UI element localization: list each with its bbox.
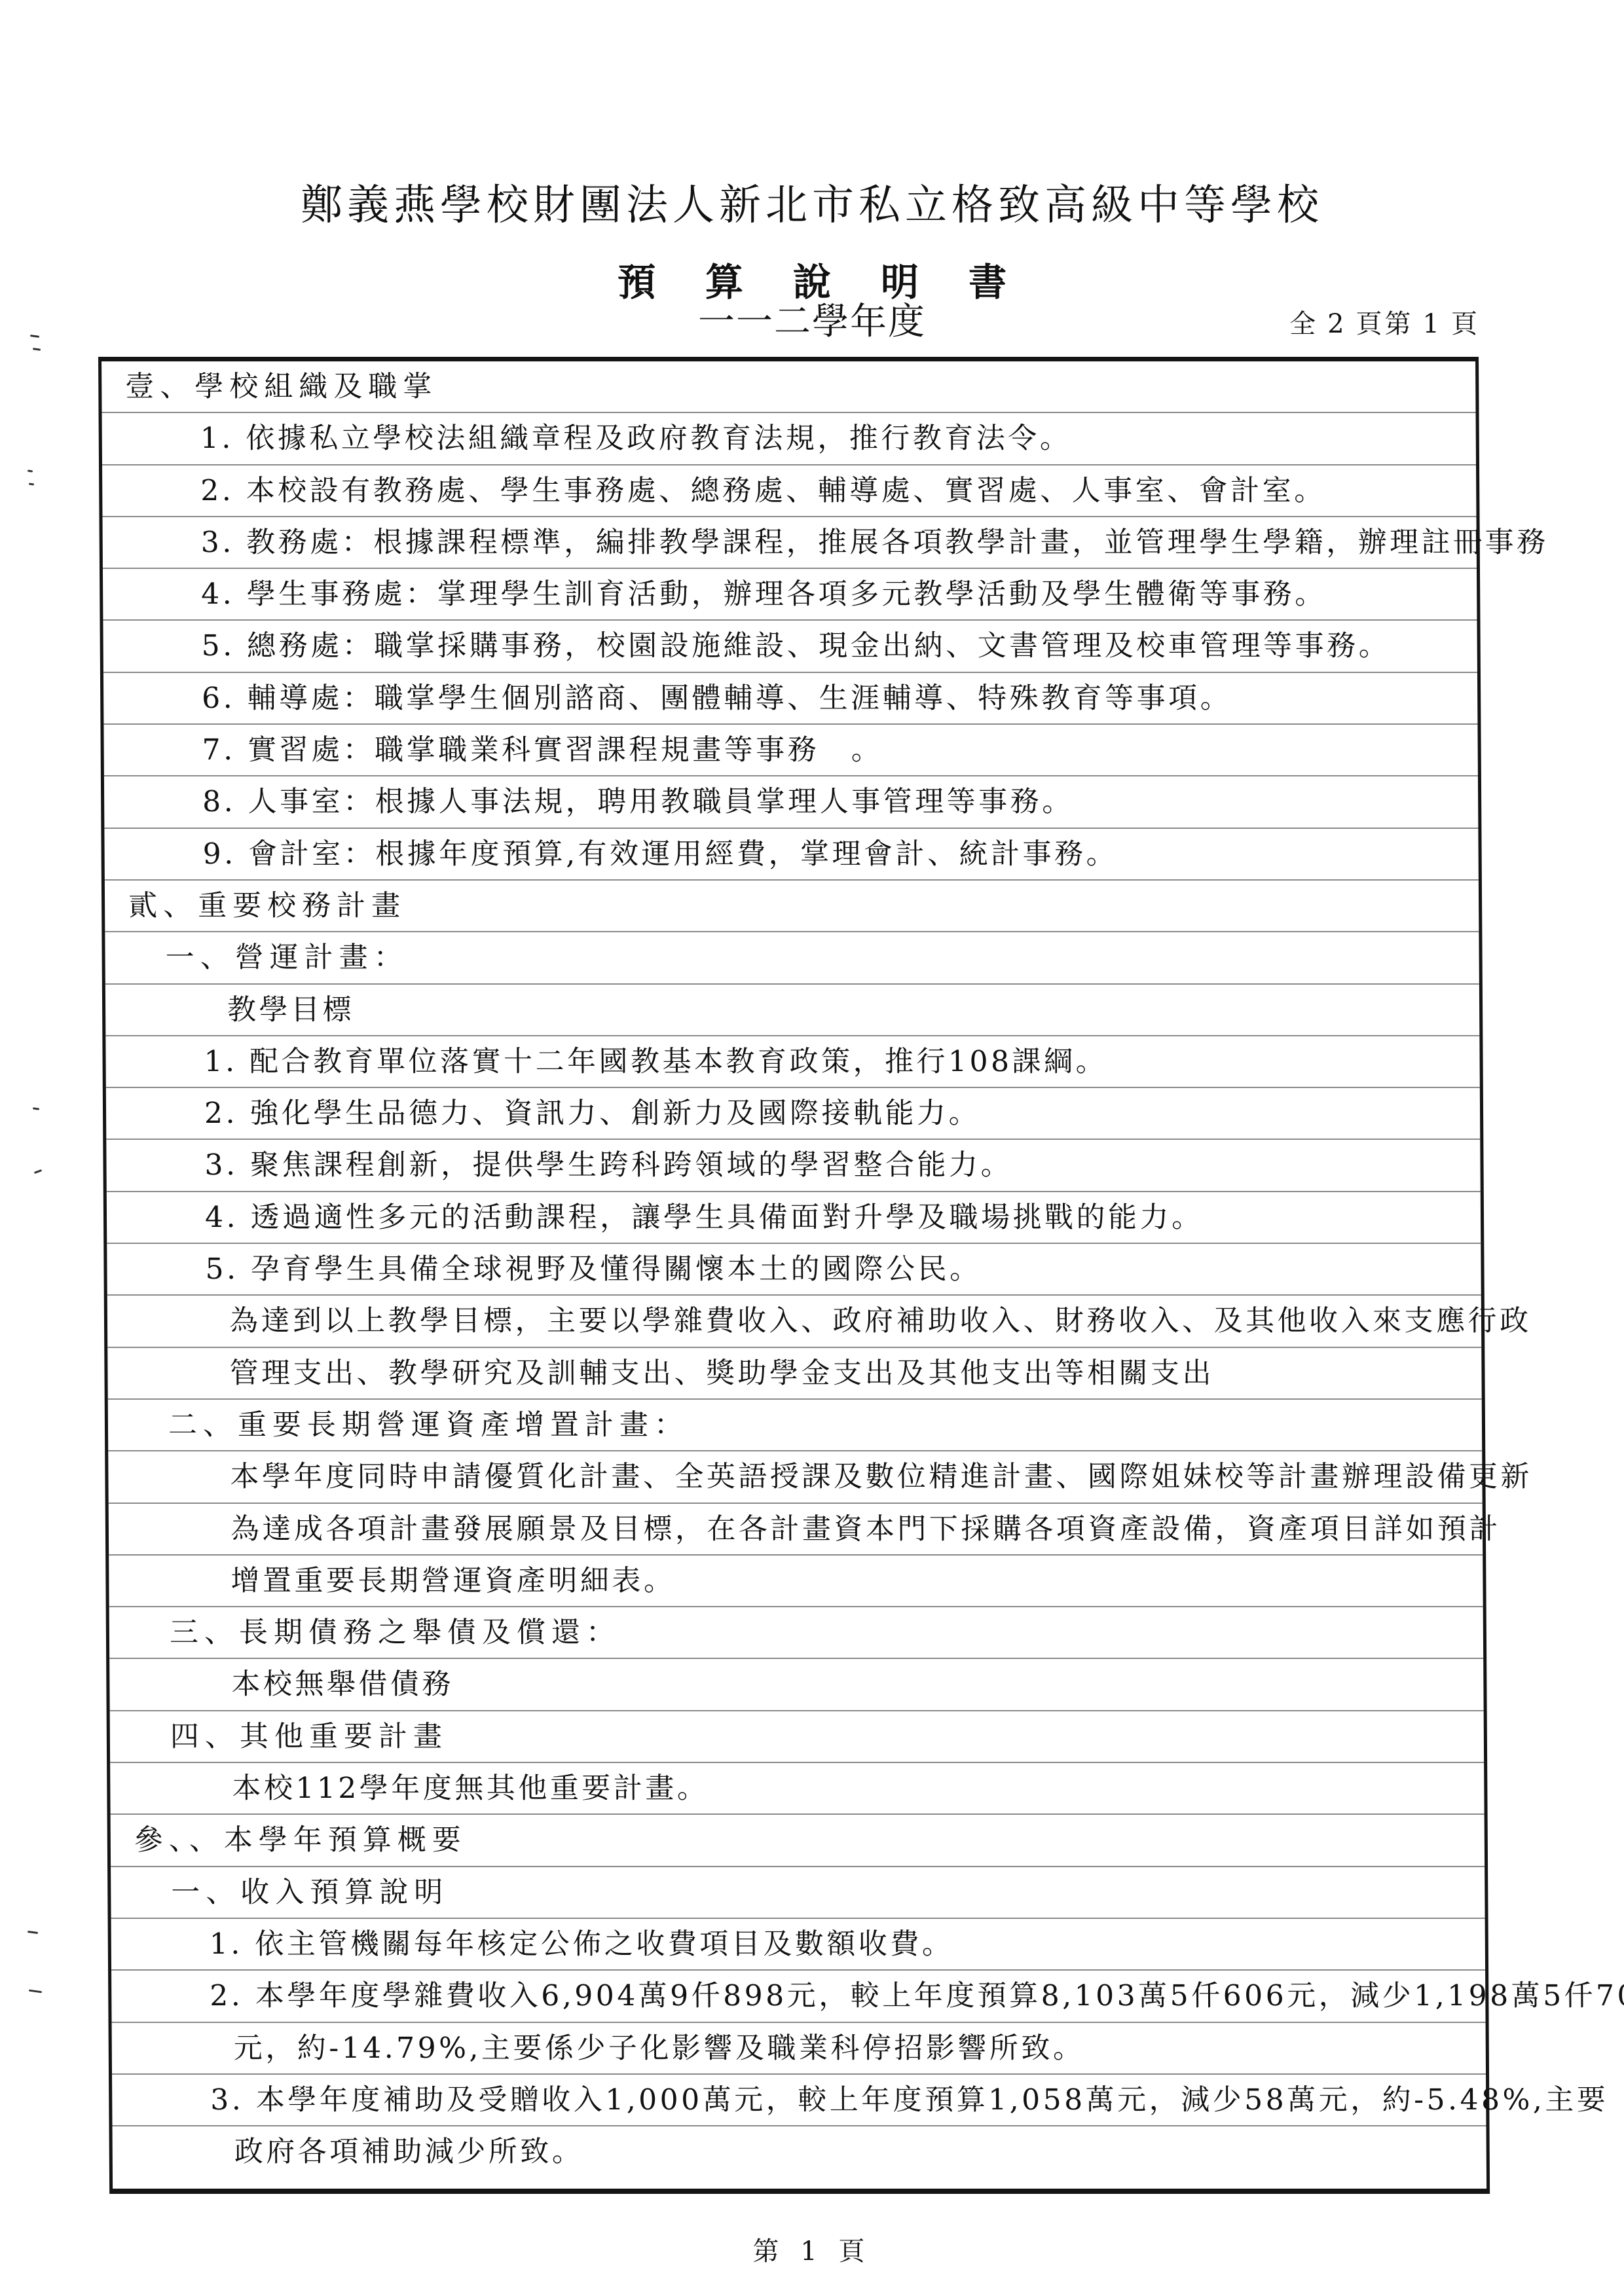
numbered-item: 2. 本學年度學雜費收入6,904萬9仟898元，較上年度預算8,103萬5仟6… (210, 1971, 1624, 2021)
numbered-item: 5. 孕育學生具備全球視野及懂得關懷本土的國際公民。 (205, 1244, 981, 1294)
scan-mark (28, 469, 33, 472)
numbered-item-row: 5. 總務處：職掌採購事務，校園設施維設、現金出納、文書管理及校車管理等事務。 (103, 621, 1477, 672)
numbered-item: 1. 配合教育單位落實十二年國教基本教育政策，推行108課綱。 (204, 1036, 1107, 1087)
numbered-item: 3. 聚焦課程創新，提供學生跨科跨領域的學習整合能力。 (204, 1140, 1012, 1190)
numbered-item-row: 1. 依主管機關每年核定公佈之收費項目及數額收費。 (111, 1919, 1485, 1971)
body-text-row: 教學目標 (105, 985, 1479, 1036)
page-count: 全2頁第1頁 (1289, 308, 1480, 340)
page-count-mid: 頁第 (1356, 308, 1414, 340)
numbered-item: 2. 強化學生品德力、資訊力、創新力及國際接軌能力。 (204, 1088, 980, 1139)
numbered-item: 5. 總務處：職掌採購事務，校園設施維設、現金出納、文書管理及校車管理等事務。 (201, 621, 1390, 671)
subsection-heading-row: 四、其他重要計畫 (110, 1711, 1484, 1763)
scan-mark (29, 483, 34, 485)
body-text: 本校無舉借債務 (231, 1659, 454, 1709)
scan-mark (33, 348, 41, 351)
subsection-heading: 二、重要長期營運資產增置計畫： (168, 1400, 689, 1450)
body-text: 本學年度同時申請優質化計畫、全英語授課及數位精進計畫、國際姐妹校等計畫辦理設備更… (230, 1451, 1532, 1502)
subsection-heading: 四、其他重要計畫 (170, 1711, 448, 1762)
subsection-heading: 一、營運計畫： (165, 932, 408, 983)
body-text: 政府各項補助減少所致。 (234, 2126, 584, 2177)
numbered-item-row: 2. 本校設有教務處、學生事務處、總務處、輔導處、實習處、人事室、會計室。 (102, 465, 1476, 517)
body-text-row: 為達到以上教學目標，主要以學雜費收入、政府補助收入、財務收入、及其他收入來支應行… (107, 1296, 1481, 1347)
body-text-row: 本學年度同時申請優質化計畫、全英語授課及數位精進計畫、國際姐妹校等計畫辦理設備更… (108, 1451, 1482, 1503)
page-count-current: 1 (1423, 308, 1442, 340)
body-text: 為達成各項計畫發展願景及目標，在各計畫資本門下採購各項資產設備，資產項目詳如預計 (231, 1504, 1501, 1554)
subsection-heading-row: 二、重要長期營運資產增置計畫： (108, 1400, 1482, 1451)
section-heading: 參、、本學年預算概要 (134, 1815, 467, 1865)
numbered-item-row: 9. 會計室：根據年度預算,有效運用經費，掌理會計、統計事務。 (104, 829, 1478, 881)
section-heading-row: 參、、本學年預算概要 (111, 1815, 1485, 1867)
page-footer: 第 1 頁 (0, 2235, 1624, 2268)
section-heading: 貳、重要校務計畫 (128, 881, 406, 931)
scan-mark (29, 1990, 42, 1994)
body-text-row: 為達成各項計畫發展願景及目標，在各計畫資本門下採購各項資產設備，資產項目詳如預計 (109, 1504, 1483, 1556)
numbered-item-row: 1. 依據私立學校法組織章程及政府教育法規，推行教育法令。 (102, 413, 1476, 465)
numbered-item: 3. 本學年度補助及受贈收入1,000萬元，較上年度預算1,058萬元，減少58… (210, 2075, 1608, 2125)
scan-mark (34, 1169, 42, 1174)
subsection-heading-row: 三、長期債務之舉債及償還： (109, 1607, 1483, 1659)
body-text: 元，約-14.79%,主要係少子化影響及職業科停招影響所致。 (234, 2023, 1085, 2073)
scan-mark (28, 1931, 38, 1934)
page-count-suffix: 頁 (1451, 308, 1480, 340)
school-name: 鄭義燕學校財團法人新北市私立格致高級中等學校 (0, 178, 1624, 233)
body-text-row: 本校112學年度無其他重要計畫。 (110, 1763, 1484, 1815)
numbered-item-row: 4. 透過適性多元的活動課程，讓學生具備面對升學及職場挑戰的能力。 (107, 1192, 1481, 1244)
numbered-item-row: 4. 學生事務處：掌理學生訓育活動，辦理各項多元教學活動及學生體衛等事務。 (103, 569, 1477, 621)
numbered-item: 7. 實習處：職掌職業科實習課程規畫等事務 。 (202, 725, 883, 775)
numbered-item-row: 3. 教務處：根據課程標準，編排教學課程，推展各項教學計畫，並管理學生學籍，辦理… (102, 517, 1476, 569)
subsection-heading: 三、長期債務之舉債及償還： (170, 1607, 621, 1658)
body-text-row: 政府各項補助減少所致。 (113, 2126, 1487, 2192)
numbered-item: 8. 人事室：根據人事法規，聘用教職員掌理人事管理等事務。 (202, 776, 1074, 827)
numbered-item: 4. 學生事務處：掌理學生訓育活動，辦理各項多元教學活動及學生體衛等事務。 (201, 569, 1327, 619)
numbered-item: 9. 會計室：根據年度預算,有效運用經費，掌理會計、統計事務。 (202, 829, 1118, 879)
subsection-heading-row: 一、營運計畫： (105, 932, 1479, 984)
numbered-item-row: 8. 人事室：根據人事法規，聘用教職員掌理人事管理等事務。 (104, 776, 1478, 828)
numbered-item-row: 3. 本學年度補助及受贈收入1,000萬元，較上年度預算1,058萬元，減少58… (112, 2075, 1486, 2126)
document-title: 預算說明書 (0, 259, 1624, 306)
body-text: 本校112學年度無其他重要計畫。 (232, 1763, 709, 1813)
body-text-row: 元，約-14.79%,主要係少子化影響及職業科停招影響所致。 (112, 2023, 1486, 2075)
body-text: 教學目標 (227, 985, 354, 1035)
section-heading: 壹、學校組織及職掌 (125, 361, 437, 412)
scan-mark (33, 1107, 39, 1110)
numbered-item: 6. 輔導處：職掌學生個別諮商、團體輔導、生涯輔導、特殊教育等事項。 (202, 673, 1232, 723)
numbered-item-row: 5. 孕育學生具備全球視野及懂得關懷本土的國際公民。 (107, 1244, 1481, 1296)
numbered-item-row: 2. 本學年度學雜費收入6,904萬9仟898元，較上年度預算8,103萬5仟6… (111, 1971, 1485, 2022)
body-text: 管理支出、教學研究及訓輔支出、獎助學金支出及其他支出等相關支出 (229, 1348, 1214, 1398)
numbered-item-row: 3. 聚焦課程創新，提供學生跨科跨領域的學習整合能力。 (106, 1140, 1480, 1192)
numbered-item-row: 2. 強化學生品德力、資訊力、創新力及國際接軌能力。 (106, 1088, 1480, 1140)
numbered-item: 3. 教務處：根據課程標準，編排教學課程，推展各項教學計畫，並管理學生學籍，辦理… (200, 517, 1548, 568)
numbered-item: 2. 本校設有教務處、學生事務處、總務處、輔導處、實習處、人事室、會計室。 (200, 465, 1326, 516)
numbered-item: 4. 透過適性多元的活動課程，讓學生具備面對升學及職場挑戰的能力。 (205, 1192, 1204, 1243)
numbered-item-row: 6. 輔導處：職掌學生個別諮商、團體輔導、生涯輔導、特殊教育等事項。 (103, 673, 1477, 725)
body-text-row: 增置重要長期營運資產明細表。 (109, 1556, 1483, 1607)
section-heading-row: 貳、重要校務計畫 (105, 881, 1479, 932)
numbered-item: 1. 依主管機關每年核定公佈之收費項目及數額收費。 (210, 1919, 954, 1969)
content-box: 壹、學校組織及職掌1. 依據私立學校法組織章程及政府教育法規，推行教育法令。2.… (98, 357, 1490, 2194)
body-text-row: 管理支出、教學研究及訓輔支出、獎助學金支出及其他支出等相關支出 (107, 1348, 1481, 1400)
content-rows: 壹、學校組織及職掌1. 依據私立學校法組織章程及政府教育法規，推行教育法令。2.… (101, 361, 1486, 2189)
numbered-item-row: 1. 配合教育單位落實十二年國教基本教育政策，推行108課綱。 (105, 1036, 1479, 1088)
page-count-prefix: 全 (1289, 308, 1318, 340)
subsection-heading-row: 一、收入預算說明 (111, 1867, 1485, 1919)
page-count-total: 2 (1327, 308, 1346, 340)
section-heading-row: 壹、學校組織及職掌 (101, 361, 1475, 413)
body-text: 增置重要長期營運資產明細表。 (231, 1556, 675, 1606)
body-text: 為達到以上教學目標，主要以學雜費收入、政府補助收入、財務收入、及其他收入來支應行… (229, 1296, 1532, 1346)
numbered-item-row: 7. 實習處：職掌職業科實習課程規畫等事務 。 (103, 725, 1477, 776)
body-text-row: 本校無舉借債務 (109, 1659, 1483, 1711)
subsection-heading: 一、收入預算說明 (171, 1867, 449, 1918)
numbered-item: 1. 依據私立學校法組織章程及政府教育法規，推行教育法令。 (200, 413, 1072, 464)
